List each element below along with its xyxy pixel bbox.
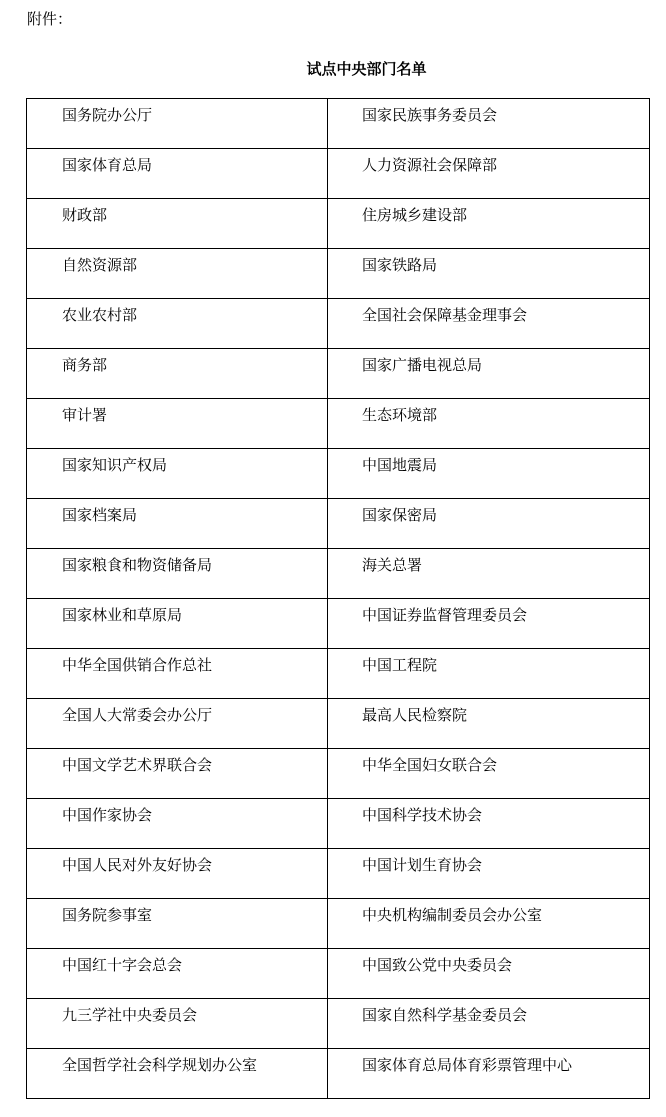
department-name: 中国证券监督管理委员会: [328, 599, 649, 625]
table-cell: 国家体育总局体育彩票管理中心: [328, 1049, 650, 1099]
table-cell: 国家档案局: [27, 499, 328, 549]
table-cell: 自然资源部: [27, 249, 328, 299]
department-name: 中国红十字会总会: [27, 949, 327, 975]
department-name: 中国文学艺术界联合会: [27, 749, 327, 775]
table-cell: 国务院参事室: [27, 899, 328, 949]
table-cell: 国务院办公厅: [27, 99, 328, 149]
table-row: 财政部住房城乡建设部: [27, 199, 650, 249]
table-row: 中国红十字会总会中国致公党中央委员会: [27, 949, 650, 999]
table-row: 自然资源部国家铁路局: [27, 249, 650, 299]
department-name: 国家民族事务委员会: [328, 99, 649, 125]
department-name: 中国人民对外友好协会: [27, 849, 327, 875]
table-cell: 人力资源社会保障部: [328, 149, 650, 199]
department-name: 国家保密局: [328, 499, 649, 525]
department-name: 海关总署: [328, 549, 649, 575]
department-name: 全国哲学社会科学规划办公室: [27, 1049, 327, 1075]
department-table: 国务院办公厅国家民族事务委员会国家体育总局人力资源社会保障部财政部住房城乡建设部…: [26, 98, 650, 1099]
department-name: 中国致公党中央委员会: [328, 949, 649, 975]
table-cell: 审计署: [27, 399, 328, 449]
table-row: 国家林业和草原局中国证券监督管理委员会: [27, 599, 650, 649]
table-cell: 中国工程院: [328, 649, 650, 699]
table-row: 全国人大常委会办公厅最高人民检察院: [27, 699, 650, 749]
table-row: 中国人民对外友好协会中国计划生育协会: [27, 849, 650, 899]
table-cell: 财政部: [27, 199, 328, 249]
department-name: 财政部: [27, 199, 327, 225]
table-row: 中国作家协会中国科学技术协会: [27, 799, 650, 849]
table-cell: 九三学社中央委员会: [27, 999, 328, 1049]
document-title: 试点中央部门名单: [0, 58, 666, 80]
department-name: 中国作家协会: [27, 799, 327, 825]
table-row: 全国哲学社会科学规划办公室国家体育总局体育彩票管理中心: [27, 1049, 650, 1099]
table-cell: 国家自然科学基金委员会: [328, 999, 650, 1049]
table-cell: 中华全国供销合作总社: [27, 649, 328, 699]
department-name: 人力资源社会保障部: [328, 149, 649, 175]
department-name: 中国计划生育协会: [328, 849, 649, 875]
table-cell: 海关总署: [328, 549, 650, 599]
table-cell: 全国社会保障基金理事会: [328, 299, 650, 349]
table-cell: 住房城乡建设部: [328, 199, 650, 249]
table-row: 中国文学艺术界联合会中华全国妇女联合会: [27, 749, 650, 799]
department-name: 中国工程院: [328, 649, 649, 675]
table-cell: 中国证券监督管理委员会: [328, 599, 650, 649]
department-name: 国家知识产权局: [27, 449, 327, 475]
department-name: 中国地震局: [328, 449, 649, 475]
table-cell: 中国科学技术协会: [328, 799, 650, 849]
table-cell: 国家粮食和物资储备局: [27, 549, 328, 599]
department-name: 国家体育总局: [27, 149, 327, 175]
department-name: 中国科学技术协会: [328, 799, 649, 825]
table-cell: 中国作家协会: [27, 799, 328, 849]
department-name: 国务院参事室: [27, 899, 327, 925]
table-cell: 农业农村部: [27, 299, 328, 349]
department-name: 审计署: [27, 399, 327, 425]
table-cell: 中国文学艺术界联合会: [27, 749, 328, 799]
table-cell: 生态环境部: [328, 399, 650, 449]
department-name: 中央机构编制委员会办公室: [328, 899, 649, 925]
table-cell: 中央机构编制委员会办公室: [328, 899, 650, 949]
department-name: 国家粮食和物资储备局: [27, 549, 327, 575]
department-name: 最高人民检察院: [328, 699, 649, 725]
table-row: 九三学社中央委员会国家自然科学基金委员会: [27, 999, 650, 1049]
department-name: 国家林业和草原局: [27, 599, 327, 625]
department-name: 国家体育总局体育彩票管理中心: [328, 1049, 649, 1075]
department-name: 中华全国供销合作总社: [27, 649, 327, 675]
table-cell: 全国哲学社会科学规划办公室: [27, 1049, 328, 1099]
table-row: 国务院办公厅国家民族事务委员会: [27, 99, 650, 149]
department-name: 国家档案局: [27, 499, 327, 525]
table-cell: 最高人民检察院: [328, 699, 650, 749]
department-name: 商务部: [27, 349, 327, 375]
department-name: 自然资源部: [27, 249, 327, 275]
table-row: 国家体育总局人力资源社会保障部: [27, 149, 650, 199]
table-row: 商务部国家广播电视总局: [27, 349, 650, 399]
department-name: 全国社会保障基金理事会: [328, 299, 649, 325]
table-row: 中华全国供销合作总社中国工程院: [27, 649, 650, 699]
table-cell: 国家广播电视总局: [328, 349, 650, 399]
department-name: 九三学社中央委员会: [27, 999, 327, 1025]
attachment-label: 附件：: [27, 9, 72, 29]
table-row: 国务院参事室中央机构编制委员会办公室: [27, 899, 650, 949]
department-name: 住房城乡建设部: [328, 199, 649, 225]
table-cell: 中国红十字会总会: [27, 949, 328, 999]
department-name: 生态环境部: [328, 399, 649, 425]
department-name: 国家铁路局: [328, 249, 649, 275]
table-cell: 国家体育总局: [27, 149, 328, 199]
table-cell: 中国致公党中央委员会: [328, 949, 650, 999]
table-cell: 国家民族事务委员会: [328, 99, 650, 149]
department-name: 农业农村部: [27, 299, 327, 325]
table-cell: 全国人大常委会办公厅: [27, 699, 328, 749]
table-row: 审计署生态环境部: [27, 399, 650, 449]
department-name: 全国人大常委会办公厅: [27, 699, 327, 725]
table-row: 国家知识产权局中国地震局: [27, 449, 650, 499]
table-cell: 国家铁路局: [328, 249, 650, 299]
table-cell: 中国地震局: [328, 449, 650, 499]
department-name: 国家自然科学基金委员会: [328, 999, 649, 1025]
table-cell: 商务部: [27, 349, 328, 399]
table-row: 国家粮食和物资储备局海关总署: [27, 549, 650, 599]
table-row: 国家档案局国家保密局: [27, 499, 650, 549]
department-name: 中华全国妇女联合会: [328, 749, 649, 775]
table-cell: 国家林业和草原局: [27, 599, 328, 649]
table-cell: 中国计划生育协会: [328, 849, 650, 899]
table-cell: 国家知识产权局: [27, 449, 328, 499]
table-cell: 中国人民对外友好协会: [27, 849, 328, 899]
department-name: 国家广播电视总局: [328, 349, 649, 375]
table-cell: 国家保密局: [328, 499, 650, 549]
table-cell: 中华全国妇女联合会: [328, 749, 650, 799]
department-name: 国务院办公厅: [27, 99, 327, 125]
table-row: 农业农村部全国社会保障基金理事会: [27, 299, 650, 349]
